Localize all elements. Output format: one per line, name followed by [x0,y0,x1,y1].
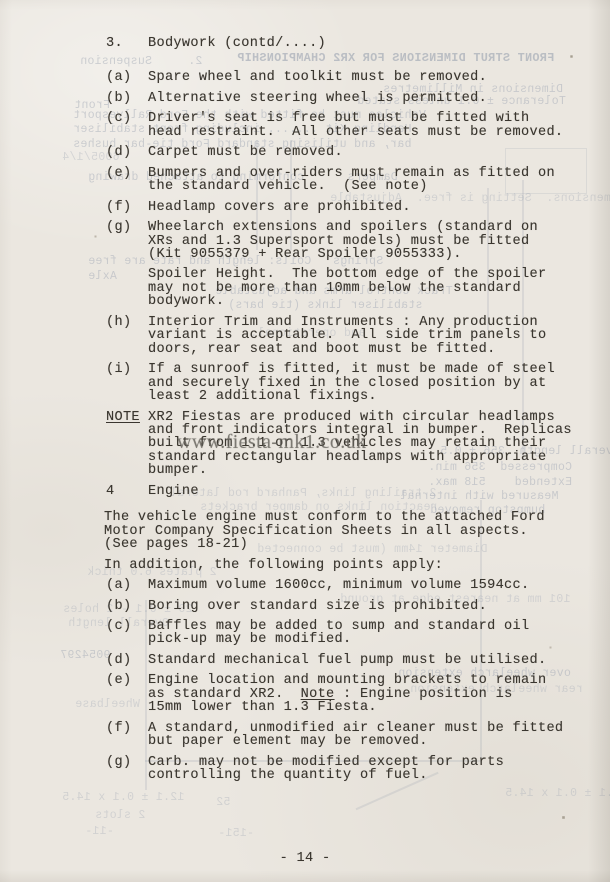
clause-h: (h) Interior Trim and Instruments : Any … [106,316,576,356]
clause-label: (c) [106,620,148,633]
clause-f: (f) Headlamp covers are prohibited. [106,201,576,214]
clause-text: Wheelarch extensions and spoilers (stand… [148,221,576,261]
clause-text: Standard mechanical fuel pump must be ut… [148,654,576,667]
clause-label: (b) [106,92,148,105]
clause-text: Maximum volume 1600cc, minimum volume 15… [148,579,576,592]
clause-a: (a) Spare wheel and toolkit must be remo… [106,71,576,84]
bleed-through-text: -11- [85,826,114,838]
clause-label: (a) [106,71,148,84]
watermark-text: www.fiesta-mk1.co.uk [177,431,366,454]
clause-text: Spoiler Height. The bottom edge of the s… [148,268,576,308]
engine-intro-paragraph: The vehicle engine must conform to the a… [104,511,576,551]
section-title: Bodywork (contd/....) [148,37,576,50]
clause-text: If a sunroof is fitted, it must be made … [148,363,576,403]
clause-a: (a) Maximum volume 1600cc, minimum volum… [106,579,576,592]
clause-text: A standard, unmodified air cleaner must … [148,722,576,749]
section-title: Engine [148,485,576,498]
section-3-heading: 3. Bodywork (contd/....) [106,37,576,50]
bleed-through-text: -151- [218,828,254,840]
dust-specks [0,0,1,1]
clause-text: Carpet must be removed. [148,146,576,159]
clause-d: (d) Standard mechanical fuel pump must b… [106,654,576,667]
bleed-through-text: 9054297 [60,650,110,662]
clause-label: (e) [106,674,148,687]
clause-label: (d) [106,654,148,667]
clause-b: (b) Alternative steering wheel is permit… [106,92,576,105]
clause-text: Engine location and mounting brackets to… [148,674,576,714]
clause-text: Interior Trim and Instruments : Any prod… [148,316,576,356]
bleed-through-text: 12.1 ± 0.1 x 14.5 [505,788,610,800]
clause-label: (f) [106,722,148,735]
clause-g: (g) Carb. may not be modified except for… [106,756,576,783]
page-number: - 14 - [0,851,610,866]
clause-text: Bumpers and over-riders must remain as f… [148,167,576,194]
clause-text: Carb. may not be modified except for par… [148,756,576,783]
document-body: 3. Bodywork (contd/....) (a) Spare wheel… [106,37,576,789]
clause-i: (i) If a sunroof is fitted, it must be m… [106,363,576,403]
clause-text: Spare wheel and toolkit must be removed. [148,71,576,84]
clause-g: (g) Wheelarch extensions and spoilers (s… [106,221,576,261]
clause-text: Headlamp covers are prohibited. [148,201,576,214]
clause-text: Driver's seat is free but must be fitted… [148,112,576,139]
note-label: NOTE [106,411,148,424]
clause-c: (c) Baffles may be added to sump and sta… [106,620,576,647]
clause-text: Baffles may be added to sump and standar… [148,620,576,647]
scanned-document-page: FRONT STRUT DIMENSIONS FOR XR2 CHAMPIONS… [0,0,610,882]
clause-label: (f) [106,201,148,214]
clause-text: Alternative steering wheel is permitted. [148,92,576,105]
clause-label: (i) [106,363,148,376]
clause-label: (c) [106,112,148,125]
clause-e: (e) Engine location and mounting bracket… [106,674,576,714]
clause-label: (h) [106,316,148,329]
clause-label: (e) [106,167,148,180]
clause-label: (b) [106,600,148,613]
bleed-through-text: 52 [216,797,230,809]
clause-d: (d) Carpet must be removed. [106,146,576,159]
clause-label: (g) [106,756,148,769]
bleed-through-text: 2 slots [95,810,145,822]
clause-label: (d) [106,146,148,159]
clause-e: (e) Bumpers and over-riders must remain … [106,167,576,194]
bleed-through-text: 12.1 ± 0.1 x 14.5 [62,792,184,804]
clause-label: (a) [106,579,148,592]
section-number: 4 [106,485,148,498]
section-4-heading: 4 Engine [106,485,576,498]
engine-intro-paragraph-2: In addition, the following points apply: [104,559,576,572]
clause-label: (g) [106,221,148,234]
clause-c: (c) Driver's seat is free but must be fi… [106,112,576,139]
clause-b: (b) Boring over standard size is prohibi… [106,600,576,613]
clause-g-continued: Spoiler Height. The bottom edge of the s… [106,268,576,308]
clause-text: Boring over standard size is prohibited. [148,600,576,613]
clause-f: (f) A standard, unmodified air cleaner m… [106,722,576,749]
section-number: 3. [106,37,148,50]
